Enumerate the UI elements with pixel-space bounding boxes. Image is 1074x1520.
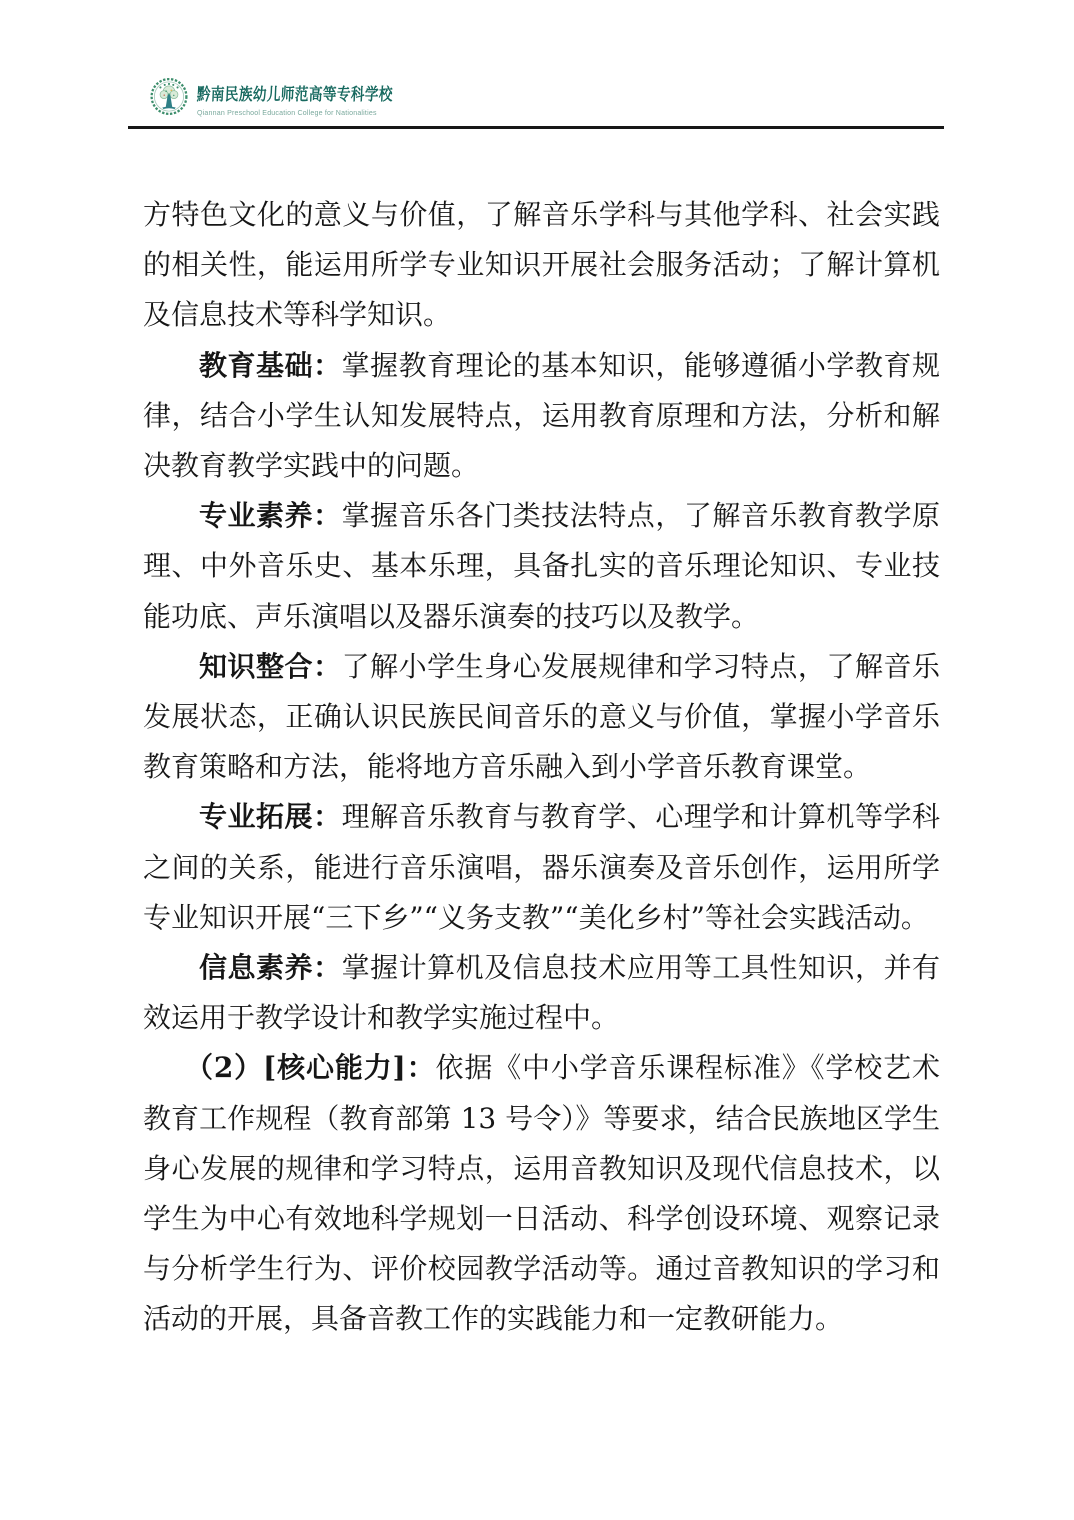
- school-name-en: Qiannan Preschool Education College for …: [197, 108, 427, 117]
- document-page: 黔南民族幼儿师范高等专科学校 Qiannan Preschool Educati…: [0, 0, 1074, 1520]
- paragraph-continuation: 方特色文化的意义与价值，了解音乐学科与其他学科、社会实践的相关性，能运用所学专业…: [143, 190, 940, 341]
- paragraph-lead: 教育基础：: [199, 349, 342, 382]
- paragraph-lead: 知识整合：: [199, 650, 342, 683]
- school-name-zh: 黔南民族幼儿师范高等专科学校: [196, 80, 393, 105]
- header-divider: [128, 126, 944, 129]
- header-title-block: 黔南民族幼儿师范高等专科学校 Qiannan Preschool Educati…: [197, 80, 442, 117]
- document-body: 方特色文化的意义与价值，了解音乐学科与其他学科、社会实践的相关性，能运用所学专业…: [143, 190, 940, 1345]
- paragraph-text: 方特色文化的意义与价值，了解音乐学科与其他学科、社会实践的相关性，能运用所学专业…: [143, 198, 940, 331]
- paragraph-information-literacy: 信息素养：掌握计算机及信息技术应用等工具性知识，并有效运用于教学设计和教学实施过…: [143, 943, 940, 1043]
- paragraph-text: 依据《中小学音乐课程标准》《学校艺术教育工作规程（教育部第 13 号令）》等要求…: [143, 1051, 940, 1335]
- school-seal-icon: [150, 73, 188, 120]
- paragraph-lead: （2）[核心能力]：: [185, 1051, 436, 1084]
- paragraph-knowledge-integration: 知识整合：了解小学生身心发展规律和学习特点，了解音乐发展状态，正确认识民族民间音…: [143, 642, 940, 793]
- paragraph-education-basis: 教育基础：掌握教育理论的基本知识，能够遵循小学教育规律，结合小学生认知发展特点，…: [143, 341, 940, 492]
- paragraph-core-ability: （2）[核心能力]：依据《中小学音乐课程标准》《学校艺术教育工作规程（教育部第 …: [143, 1043, 940, 1344]
- paragraph-lead: 专业拓展：: [199, 800, 342, 833]
- paragraph-professional-quality: 专业素养：掌握音乐各门类技法特点，了解音乐教育教学原理、中外音乐史、基本乐理，具…: [143, 491, 940, 642]
- paragraph-lead: 信息素养：: [199, 951, 342, 984]
- paragraph-professional-expansion: 专业拓展：理解音乐教育与教育学、心理学和计算机等学科之间的关系，能进行音乐演唱，…: [143, 792, 940, 943]
- paragraph-lead: 专业素养：: [199, 499, 342, 532]
